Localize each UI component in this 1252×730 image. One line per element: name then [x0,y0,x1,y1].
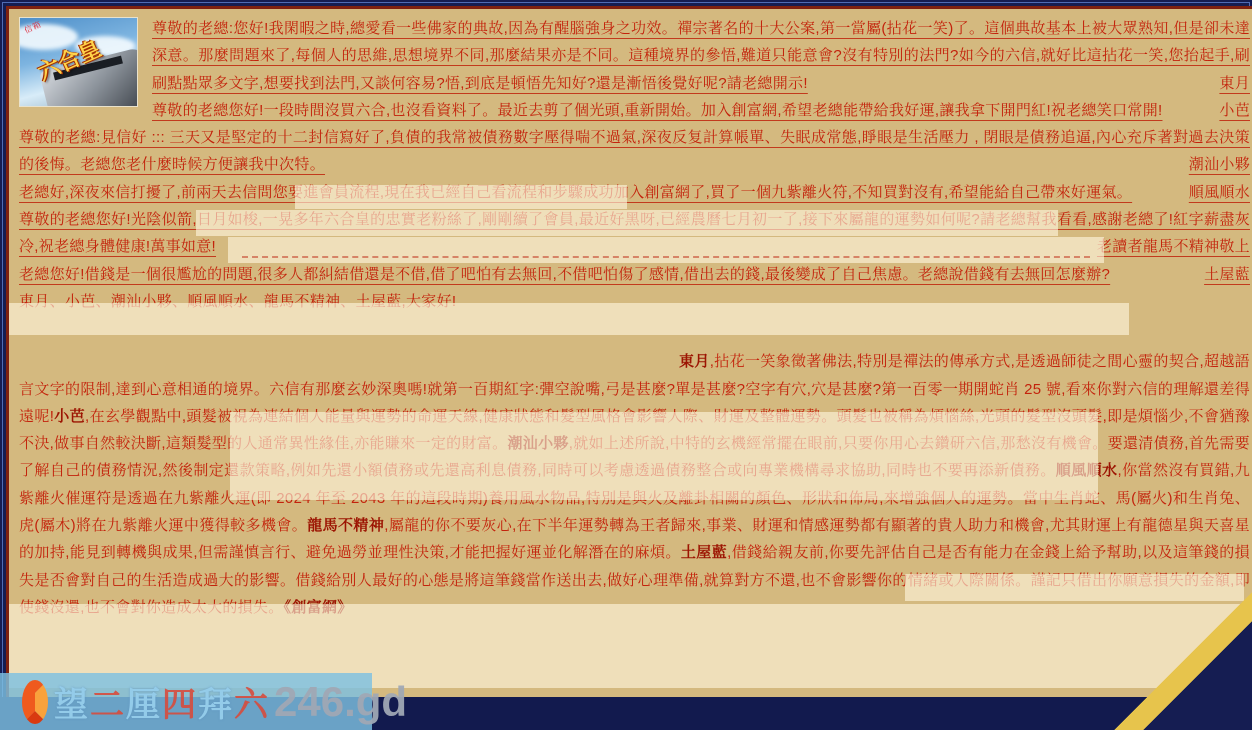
letter-signature: 東月 [1201,70,1250,97]
reply-addressee-name: 順風順水 [1056,462,1118,479]
reader-letter: 尊敬的老總您好!光陰似箭,日月如梭,一晃多年六合皇的忠實老粉絲了,剛剛續了會員,… [19,206,1250,261]
letter-body: 老總好,深夜來信打擾了,前兩天去信問您要進會員流程,現在我已經自己看流程和步驟成… [19,184,1132,201]
letter-signature: 小芭 [1201,97,1250,124]
reader-letter: 老總您好!借錢是一個很尷尬的問題,很多人都糾結借還是不借,借了吧怕有去無回,不借… [19,261,1250,288]
letters-section: 信箱 六合皇 尊敬的老總:您好!我閑暇之時,總愛看一些佛家的典故,因為有醒腦強身… [19,15,1250,288]
letter-signature: 土屋藍 [1186,261,1250,288]
letter-signature: 老讀者龍馬不精神敬上 [1079,233,1250,260]
letter-signature: 順風順水 [1171,179,1250,206]
reply-addressee-name: 龍馬不精神 [307,517,384,534]
reply-addressee-name: 《創富網》 [284,599,353,616]
letter-body: 尊敬的老總:見信好 ::: 三天又是堅定的十二封信寫好了,負債的我常被債務數字壓… [19,129,1250,173]
reply-addressee-name: 潮汕小夥 [507,435,568,452]
letter-body: 尊敬的老總您好!一段時間沒買六合,也沒看資料了。最近去剪了個光頭,重新開始。加入… [152,102,1162,119]
watermark-characters: 望二厘四拜六 [54,677,270,726]
reader-letter: 尊敬的老總您好!一段時間沒買六合,也沒看資料了。最近去剪了個光頭,重新開始。加入… [19,97,1250,124]
reply-greeting-line: 東月、小芭、潮汕小夥、順風順水、龍馬不精神、土屋藍,大家好! [19,288,1250,315]
watermark-character: 厘 [126,686,162,724]
reply-addressee-name: 小芭 [54,408,85,425]
watermark-logo-icon [22,680,48,724]
letter-body: 尊敬的老總:您好!我閑暇之時,總愛看一些佛家的典故,因為有醒腦強身之功效。禪宗著… [152,20,1250,92]
watermark-character: 拜 [198,686,234,724]
paper-content-area: 信箱 六合皇 尊敬的老總:您好!我閑暇之時,總愛看一些佛家的典故,因為有醒腦強身… [6,6,1252,703]
watermark-character: 望 [54,686,90,724]
lottery-mailbox-page: 信箱 六合皇 尊敬的老總:您好!我閑暇之時,總愛看一些佛家的典故,因為有醒腦強身… [0,0,1252,730]
watermark-character: 二 [90,686,126,724]
reader-letter: 老總好,深夜來信打擾了,前兩天去信問您要進會員流程,現在我已經自己看流程和步驟成… [19,179,1250,206]
letter-body: 尊敬的老總您好!光陰似箭,日月如梭,一晃多年六合皇的忠實老粉絲了,剛剛續了會員,… [19,211,1250,255]
masthead-image: 信箱 六合皇 [19,17,138,107]
site-watermark: 望二厘四拜六 246.gd [0,673,372,730]
watermark-domain-text: 246.gd [274,678,407,726]
blank-band [19,315,1250,348]
reply-addressee-name: 東月 [679,353,710,370]
reply-addressee-name: 土屋藍 [681,544,727,561]
watermark-character: 六 [234,686,270,724]
editor-reply-paragraph: 東月,拈花一笑象徵著佛法,特別是禪法的傳承方式,是透過師徒之間心靈的契合,超越語… [19,348,1250,621]
reader-letter: 尊敬的老總:見信好 ::: 三天又是堅定的十二封信寫好了,負債的我常被債務數字壓… [19,124,1250,179]
letter-body: 老總您好!借錢是一個很尷尬的問題,很多人都糾結借還是不借,借了吧怕有去無回,不借… [19,266,1110,283]
letter-signature: 潮汕小夥 [1171,151,1250,178]
reader-letter: 尊敬的老總:您好!我閑暇之時,總愛看一些佛家的典故,因為有醒腦強身之功效。禪宗著… [19,15,1250,97]
watermark-character: 四 [162,686,198,724]
